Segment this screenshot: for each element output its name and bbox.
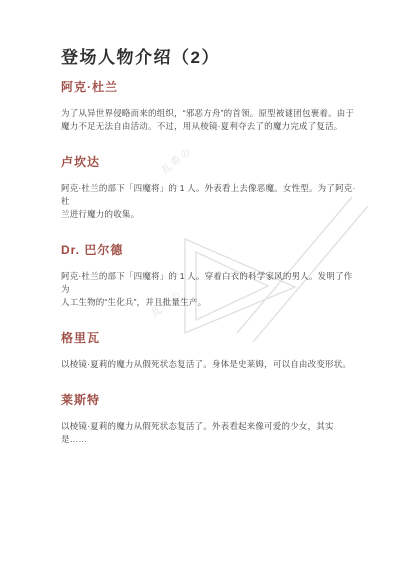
character-name-heading: 莱斯特 (61, 393, 357, 407)
character-section: 阿克·杜兰 为了从异世界侵略而来的组织，“邪恶方舟”的首领。原型被谜团包裹着。由… (61, 80, 357, 133)
character-name-heading: 卢坎达 (61, 155, 357, 169)
character-description: 以棱镜·夏莉的魔力从假死状态复活了。外表看起来像可爱的少女，其实是…… (61, 420, 357, 446)
character-description: 阿克·杜兰的部下「四魔将」的 1 人。外表看上去像恶魔。女性型。为了阿克·杜 兰… (61, 182, 357, 221)
character-section: 莱斯特 以棱镜·夏莉的魔力从假死状态复活了。外表看起来像可爱的少女，其实是…… (61, 393, 357, 446)
character-description: 为了从异世界侵略而来的组织，“邪恶方舟”的首领。原型被谜团包裹着。由于 魔力不足… (61, 107, 357, 133)
character-section: Dr. 巴尔德 阿克·杜兰的部下「四魔将」的 1 人。穿着白衣的科学家风的男人。… (61, 243, 357, 309)
character-name-heading: 阿克·杜兰 (61, 80, 357, 94)
character-description: 以棱镜·夏莉的魔力从假死状态复活了。身体是史莱姆，可以自由改变形状。 (61, 358, 357, 371)
character-name-heading: 格里瓦 (61, 331, 357, 345)
character-description: 阿克·杜兰的部下「四魔将」的 1 人。穿着白衣的科学家风的男人。发明了作为 人工… (61, 270, 357, 309)
document-page: 乱希の 乱希の 登场人物介绍（2） 阿克·杜兰 为了从异世界侵略而来的组织，“邪… (0, 0, 400, 565)
page-title: 登场人物介绍（2） (61, 48, 357, 68)
document-content: 登场人物介绍（2） 阿克·杜兰 为了从异世界侵略而来的组织，“邪恶方舟”的首领。… (61, 48, 357, 446)
character-name-heading: Dr. 巴尔德 (61, 243, 357, 257)
character-section: 卢坎达 阿克·杜兰的部下「四魔将」的 1 人。外表看上去像恶魔。女性型。为了阿克… (61, 155, 357, 221)
character-section: 格里瓦 以棱镜·夏莉的魔力从假死状态复活了。身体是史莱姆，可以自由改变形状。 (61, 331, 357, 371)
